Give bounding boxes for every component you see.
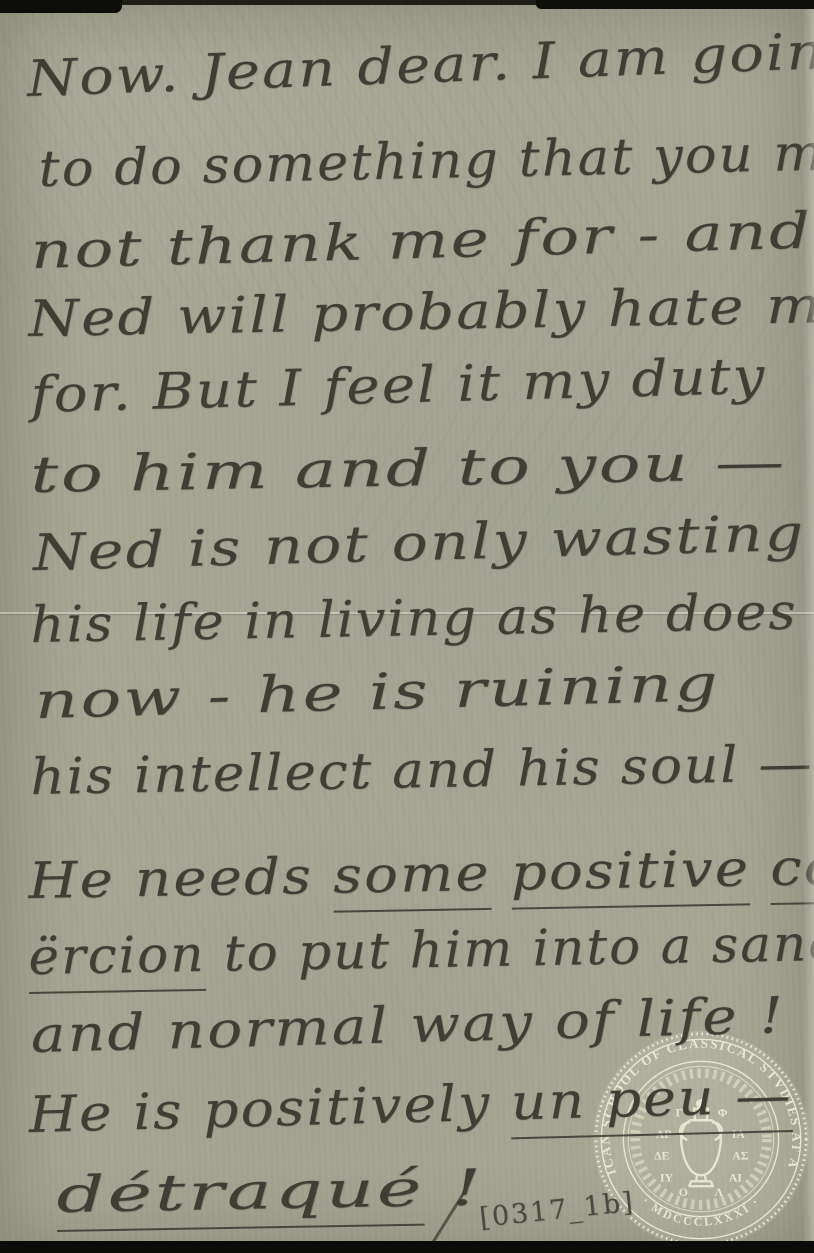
underlined-word: ërcion <box>28 925 206 994</box>
handwriting-line: Ned is not only wasting <box>32 504 806 582</box>
handwriting-line: Now. Jean dear. I am going <box>26 21 814 108</box>
handwriting-line: to him and to you — <box>30 433 787 504</box>
handwriting-line: his life in living as he does <box>30 583 798 654</box>
word-run: his intellect and his soul — <box>30 734 814 806</box>
paper-edge-highlight <box>803 0 814 1253</box>
handwriting-line: Ned will probably hate me <box>28 275 814 347</box>
letter-scan-page: Now. Jean dear. I am goingto do somethin… <box>0 0 814 1253</box>
handwriting-line: ërcion to put him into a sane <box>28 914 814 986</box>
word-run: his life in living as he does <box>30 583 798 654</box>
word-run: to put him into a sane <box>205 914 814 983</box>
handwriting-line: and normal way of life ! <box>30 986 786 1064</box>
word-run: not thank me for - and <box>30 202 813 280</box>
handwriting-line: He needs some positive co- <box>28 837 814 910</box>
handwriting-line: détraqué ! <box>56 1159 485 1224</box>
word-run: Ned is not only wasting <box>32 504 806 582</box>
underlined-word: positive <box>510 839 750 909</box>
handwriting-line: He is positively un peu — <box>28 1066 793 1144</box>
underlined-word: détraqué <box>56 1160 425 1232</box>
word-run <box>750 839 771 897</box>
word-run: Now. Jean dear. I am going <box>26 21 814 108</box>
word-run: He is positively <box>28 1073 512 1144</box>
word-run: to do something that you may <box>38 122 814 198</box>
scan-edge-bottom <box>0 1241 814 1253</box>
underlined-word: un peu — <box>510 1066 793 1139</box>
handwriting-line: his intellect and his soul — <box>30 734 814 806</box>
handwriting-line: to do something that you may <box>38 122 814 198</box>
word-run: for. But I feel it my duty <box>30 347 767 424</box>
word-run: now - he is ruining <box>34 654 721 730</box>
word-run: to him and to you — <box>30 433 787 504</box>
handwriting-line: not thank me for - and <box>30 202 813 280</box>
underlined-word: some <box>333 844 492 913</box>
word-run: Ned will probably hate me <box>28 275 814 347</box>
handwriting-line: now - he is ruining <box>34 654 721 730</box>
word-run: He needs <box>28 847 334 910</box>
scan-edge-top-right <box>536 0 814 9</box>
handwriting-line: for. But I feel it my duty <box>30 347 767 424</box>
handwritten-text-block: Now. Jean dear. I am goingto do somethin… <box>0 0 814 1253</box>
word-run <box>490 844 511 902</box>
scan-edge-top-left <box>0 0 122 13</box>
word-run: and normal way of life ! <box>30 986 786 1064</box>
